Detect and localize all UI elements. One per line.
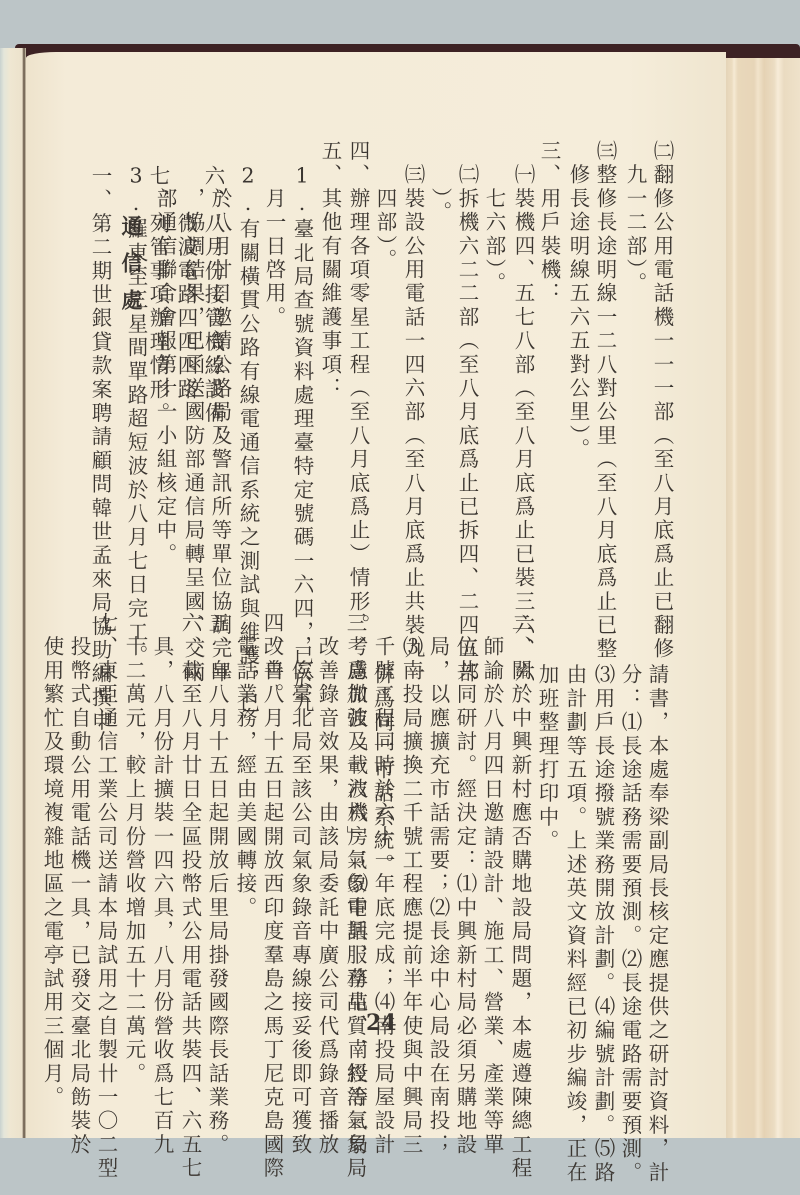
text-column: 投幣式自動公用電話機一具，已發交臺北局飭裝於 — [65, 612, 92, 1157]
section-item-3: 三、用戶裝機： — [535, 140, 562, 306]
text-column: 七六部）。 — [480, 140, 507, 296]
text-column: 九一二部）。 — [621, 140, 648, 296]
text-column: 分：⑴長途話務需要預測。⑵長途電路需要預測。 — [616, 640, 643, 1185]
section-item-5: 五、其他有關維護事項： — [316, 140, 343, 401]
section-item-7b: 七、東亞通信工業公司送請本局試用之自製卄一〇二型 — [92, 612, 119, 1181]
text-column: 請書，本處奉梁副局長核定應提供之研討資料，計 — [643, 640, 670, 1185]
text-column: 四部）。 — [371, 140, 398, 272]
text-column: 十二萬元，較上月份營收增加五十二萬元。 — [120, 612, 147, 1086]
page-stack-edge — [724, 58, 800, 1138]
section-item-5b: 五、自八月十五日起開放后里局掛發國際長話業務。 — [203, 612, 230, 1157]
section-item-4: 四、辦理各項零星工程（至八月底爲止）情形。 — [344, 140, 371, 638]
text-column: 電話業務，經由美國轉接。 — [231, 612, 258, 920]
text-column: 由計劃等五項。上述英文資料經已初步編竣，正在 — [561, 640, 588, 1185]
section-item-2: 二、關於中興新村應否購地設局問題，本處遵陳總工程 — [506, 612, 533, 1181]
text-column: ⑶用戶長途撥號業務開放計劃。⑷編號計劃。⑸路 — [589, 640, 616, 1185]
text-column: ㈡拆機六二二部（至八月底爲止已拆四、二四五部 — [453, 140, 480, 685]
text-column: 併爲同一市話系統。 — [368, 640, 395, 877]
text-column: 使用繁忙及環境複雜地區之電亭試用三個月。 — [38, 612, 65, 1110]
text-column: ㈢整修長途明線一二八對公里（至八月底爲止已整 — [591, 140, 618, 661]
text-column: 局，以應擴充市話需要；⑵長途中心局設在南投； — [424, 612, 451, 1157]
text-column: 微波電路四四四路。 — [172, 165, 199, 426]
text-column: 修長途明線五六五對公里）。 — [564, 140, 591, 462]
text-column: 師諭於八月四日邀請設計、施工、營業、產業等單 — [478, 612, 505, 1157]
page-number: 24 — [366, 1010, 397, 1036]
text-column: ㈡翻修公用電話機一一一部（至八月底爲止已翻修 — [648, 140, 675, 661]
text-column: ，俟臺北局至該公司氣象錄音專線接妥後即可獲致 — [286, 612, 313, 1157]
text-column: ㈢裝設公用電話一四六部（至八月底爲止共裝九一 — [399, 140, 426, 685]
section-item-3b: 三、爲加強「一六六」氣象電話服務品質，經洽氣象局 — [341, 612, 368, 1181]
section-item-4b: 四、自八月十五日起開放西印度羣島之馬丁尼克島國際 — [258, 612, 285, 1181]
text-column: 加班整理打印中。 — [533, 640, 560, 853]
text-column: 改善錄音效果，由該局委託中廣公司代爲錄音播放 — [313, 612, 340, 1157]
section-item-7: 七、列管事項辦理情形。 — [144, 165, 171, 426]
left-page-edge — [0, 48, 26, 1138]
section-heading: 通信處 — [118, 215, 145, 326]
text-column: 位共同研討。經決定：⑴中興新村局必須另購地設 — [451, 612, 478, 1157]
text-column: ㈠裝機四、五七八部（至八月底爲止已裝三六、六 — [509, 140, 536, 685]
text-column: 月一日啓用。 — [260, 140, 287, 330]
text-column: ⑶南投局擴換二千號工程應提前半年使與中興局三 — [397, 612, 424, 1157]
text-column: ）。 — [426, 140, 453, 225]
text-column: 具，八月份計擴裝一四六具，八月份營收爲七百九 — [148, 612, 175, 1157]
section-item-6: 六、八月份接管機線設備： — [199, 165, 226, 449]
section-item-6b: 六、截至八月廿日全區投幣式公用電話共裝四、六五七 — [176, 612, 203, 1181]
